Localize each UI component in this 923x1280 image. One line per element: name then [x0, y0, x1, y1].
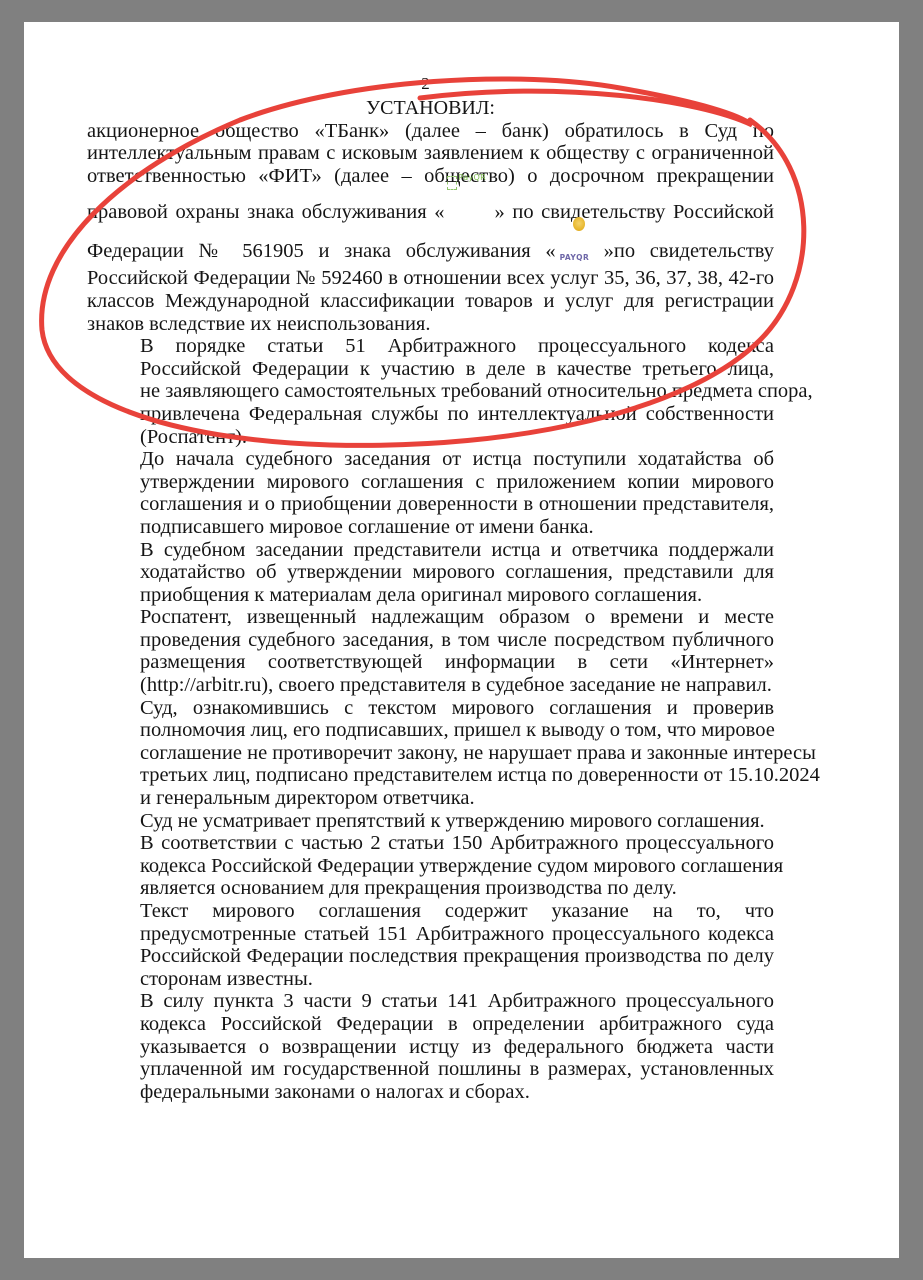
- text-line: классов Международной классификации това…: [87, 290, 774, 313]
- text-line: сторонам известны.: [87, 968, 774, 991]
- text-line: предусмотренные статьей 151 Арбитражного…: [87, 923, 774, 946]
- text-line: кодекса Российской Федерации утверждение…: [87, 855, 774, 878]
- text-line: не заявляющего самостоятельных требовани…: [87, 380, 774, 403]
- text-fragment: Федерации № 561905 и знака обслуживания …: [87, 240, 556, 262]
- text-line: знаков вследствие их неиспользования.: [87, 313, 774, 336]
- text-line: проведения судебного заседания, в том чи…: [87, 629, 774, 652]
- paragraph-claim: акционерное общество «ТБанк» (далее – ба…: [87, 120, 774, 336]
- text-line: соглашение не противоречит закону, не на…: [87, 742, 774, 765]
- paragraph-article-151: Текст мирового соглашения содержит указа…: [87, 900, 774, 990]
- text-line: приобщения к материалам дела оригинал ми…: [87, 584, 774, 607]
- text-line: В судебном заседании представители истца…: [87, 539, 774, 562]
- text-line: (Роспатент).: [87, 426, 774, 449]
- paragraph-no-obstacles: Суд не усматривает препятствий к утвержд…: [87, 810, 774, 833]
- text-line: подписавшего мировое соглашение от имени…: [87, 516, 774, 539]
- text-line: Роспатент, извещенный надлежащим образом…: [87, 606, 774, 629]
- document-page: 2 УСТАНОВИЛ: акционерное общество «ТБанк…: [24, 22, 899, 1258]
- text-line: До начала судебного заседания от истца п…: [87, 448, 774, 471]
- text-line: Суд не усматривает препятствий к утвержд…: [87, 810, 774, 833]
- text-line: третьих лиц, подписано представителем ис…: [87, 764, 774, 787]
- text-line: является основанием для прекращения прои…: [87, 877, 774, 900]
- text-line: Суд, ознакомившись с текстом мирового со…: [87, 697, 774, 720]
- text-line: Российской Федерации № 592460 в отношени…: [87, 267, 774, 290]
- payqr-green-logo-icon: PayQR: [445, 174, 495, 204]
- text-line: акционерное общество «ТБанк» (далее – ба…: [87, 120, 774, 143]
- text-line: утверждении мирового соглашения с прилож…: [87, 471, 774, 494]
- text-line: привлечена Федеральная службы по интелле…: [87, 403, 774, 426]
- text-line: уплаченной им государственной пошлины в …: [87, 1058, 774, 1081]
- paragraph-article-141: В силу пункта 3 части 9 статьи 141 Арбит…: [87, 990, 774, 1103]
- paragraph-hearing: В судебном заседании представители истца…: [87, 539, 774, 607]
- logo-text: PAYQR: [560, 236, 589, 280]
- text-line: В соответствии с частью 2 статьи 150 Арб…: [87, 832, 774, 855]
- text-line: соглашения и о приобщении доверенности в…: [87, 493, 774, 516]
- text-line: В порядке статьи 51 Арбитражного процесс…: [87, 335, 774, 358]
- coin-icon: [573, 217, 585, 231]
- text-line: В силу пункта 3 части 9 статьи 141 Арбит…: [87, 990, 774, 1013]
- text-line-with-logo: правовой охраны знака обслуживания «PayQ…: [87, 187, 774, 229]
- text-line: федеральными законами о налогах и сборах…: [87, 1081, 774, 1104]
- logo-frame-icon: [447, 176, 457, 190]
- text-line-with-logo: Федерации № 561905 и знака обслуживания …: [87, 229, 774, 267]
- page-number: 2: [77, 74, 774, 94]
- paragraph-third-party: В порядке статьи 51 Арбитражного процесс…: [87, 335, 774, 448]
- text-line: ходатайство об утверждении мирового согл…: [87, 561, 774, 584]
- section-heading: УСТАНОВИЛ:: [87, 97, 774, 120]
- text-fragment: правовой охраны знака обслуживания «: [87, 201, 445, 223]
- text-fragment: »по свидетельству: [604, 240, 774, 262]
- text-line: интеллектуальным правам с исковым заявле…: [87, 142, 774, 165]
- text-fragment: » по свидетельству Российской: [495, 201, 775, 223]
- text-line: кодекса Российской Федерации в определен…: [87, 1013, 774, 1036]
- text-line: размещения соответствующей информации в …: [87, 651, 774, 674]
- text-line: Текст мирового соглашения содержит указа…: [87, 900, 774, 923]
- text-line: указывается о возвращении истцу из федер…: [87, 1036, 774, 1059]
- text-line: Российской Федерации к участию в деле в …: [87, 358, 774, 381]
- text-line: полномочия лиц, его подписавших, пришел …: [87, 719, 774, 742]
- document-body: 2 УСТАНОВИЛ: акционерное общество «ТБанк…: [87, 74, 774, 1103]
- text-line: (http://arbitr.ru), своего представителя…: [87, 674, 774, 697]
- text-line: Российской Федерации последствия прекращ…: [87, 945, 774, 968]
- text-line: ответственностью «ФИТ» (далее – общество…: [87, 165, 774, 188]
- logo-text: PayQR: [459, 174, 486, 182]
- text-line: и генеральным директором ответчика.: [87, 787, 774, 810]
- paragraph-rospatent: Роспатент, извещенный надлежащим образом…: [87, 606, 774, 696]
- paragraph-article-150: В соответствии с частью 2 статьи 150 Арб…: [87, 832, 774, 900]
- paragraph-motions: До начала судебного заседания от истца п…: [87, 448, 774, 538]
- payqr-purple-logo-icon: PAYQR: [556, 239, 604, 257]
- paragraph-court-review: Суд, ознакомившись с текстом мирового со…: [87, 697, 774, 810]
